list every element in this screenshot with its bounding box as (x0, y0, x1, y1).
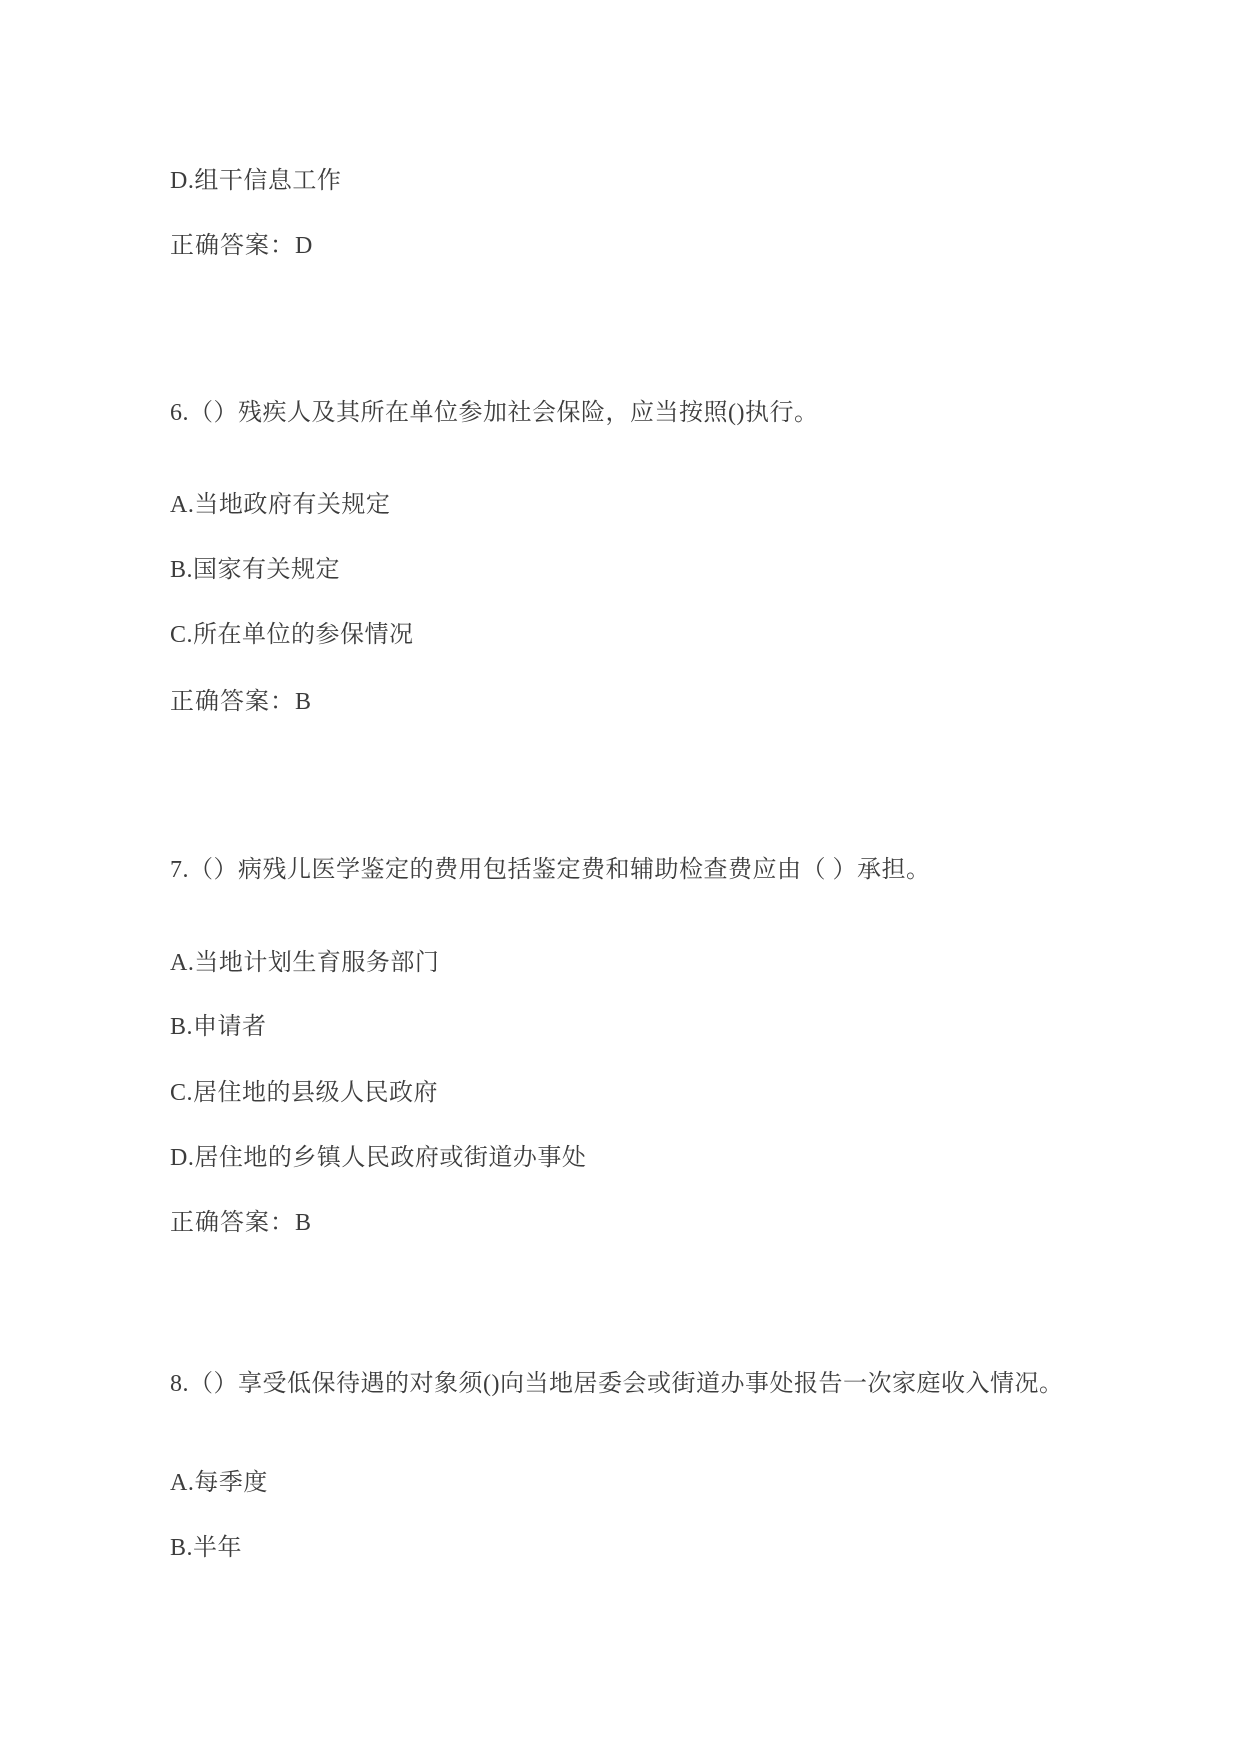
question7-option-a: A.当地计划生育服务部门 (170, 948, 439, 978)
question7-option-d: D.居住地的乡镇人民政府或街道办事处 (170, 1143, 586, 1173)
question8-option-b: B.半年 (170, 1533, 242, 1563)
question7-option-c: C.居住地的县级人民政府 (170, 1078, 438, 1108)
question7-answer: 正确答案：B (170, 1208, 312, 1238)
question6-option-b: B.国家有关规定 (170, 555, 340, 585)
question8-stem: 8.（）享受低保待遇的对象须()向当地居委会或街道办事处报告一次家庭收入情况。 (170, 1369, 1063, 1399)
question6-answer: 正确答案：B (170, 687, 312, 717)
question5-answer: 正确答案：D (170, 231, 313, 261)
question7-stem: 7.（）病残儿医学鉴定的费用包括鉴定费和辅助检查费应由（ ）承担。 (170, 855, 931, 885)
document-page: D.组干信息工作 正确答案：D 6.（）残疾人及其所在单位参加社会保险，应当按照… (0, 0, 1240, 1753)
question6-stem: 6.（）残疾人及其所在单位参加社会保险，应当按照()执行。 (170, 398, 818, 428)
question7-option-b: B.申请者 (170, 1012, 267, 1042)
question6-option-c: C.所在单位的参保情况 (170, 620, 414, 650)
question8-option-a: A.每季度 (170, 1468, 268, 1498)
question6-option-a: A.当地政府有关规定 (170, 490, 390, 520)
question5-option-d: D.组干信息工作 (170, 166, 341, 196)
